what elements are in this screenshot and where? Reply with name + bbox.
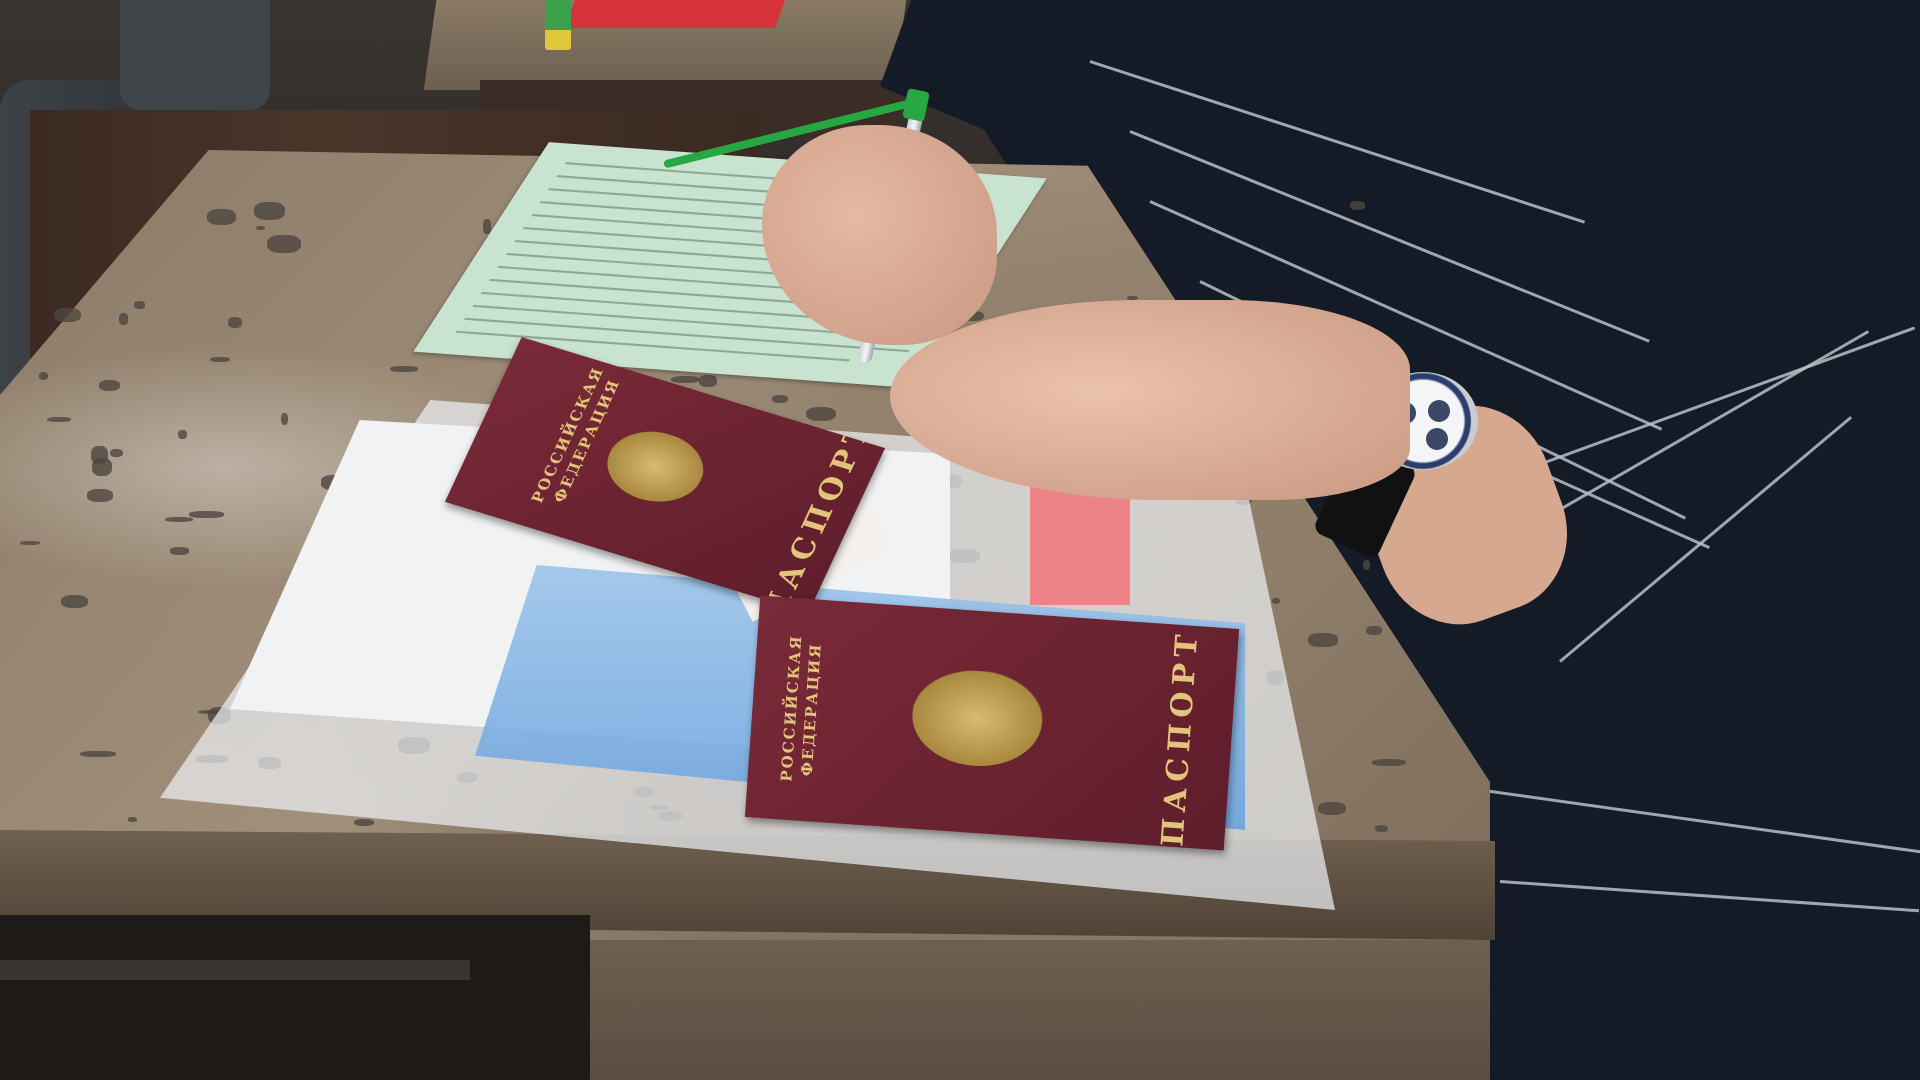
marble-speck xyxy=(99,380,120,391)
marble-speck xyxy=(210,357,230,362)
marble-speck xyxy=(54,308,81,322)
marble-speck xyxy=(178,430,187,440)
marble-speck xyxy=(281,413,288,425)
watch-subdial xyxy=(1426,428,1448,450)
drawer-slot xyxy=(0,960,470,980)
marble-speck xyxy=(1350,201,1365,209)
marble-speck xyxy=(170,547,189,554)
marble-speck xyxy=(20,541,40,545)
marble-speck xyxy=(772,395,788,402)
photo-scene: РОССИЙСКАЯ ФЕДЕРАЦИЯ ПАСПОРТ РОССИЙСКАЯ … xyxy=(0,0,1920,1080)
marble-speck xyxy=(806,407,836,422)
marble-speck xyxy=(1363,560,1370,569)
marble-speck xyxy=(61,595,88,609)
marble-speck xyxy=(134,301,144,310)
marble-speck xyxy=(91,446,107,464)
marble-speck xyxy=(87,489,113,502)
marble-speck xyxy=(1272,598,1281,604)
marble-speck xyxy=(47,417,71,422)
passport-closed: РОССИЙСКАЯ ФЕДЕРАЦИЯ ПАСПОРТ xyxy=(745,596,1239,851)
marble-speck xyxy=(128,817,136,822)
marble-speck xyxy=(80,751,116,757)
coat-of-arms-icon xyxy=(595,421,716,513)
marble-speck xyxy=(354,819,374,826)
marble-speck xyxy=(1318,802,1346,815)
marble-speck xyxy=(267,235,301,253)
marble-speck xyxy=(1372,759,1406,766)
marble-speck xyxy=(1308,633,1338,647)
watch-subdial xyxy=(1428,400,1450,422)
marble-speck xyxy=(189,511,224,518)
marble-speck xyxy=(110,449,123,457)
passport-country-text: РОССИЙСКАЯ ФЕДЕРАЦИЯ xyxy=(776,634,826,784)
office-chair-back xyxy=(120,0,270,110)
counter-base xyxy=(590,940,1490,1080)
marble-speck xyxy=(1366,626,1382,635)
glue-stick xyxy=(545,0,571,50)
marble-speck xyxy=(228,317,242,328)
passport-title-text: ПАСПОРТ xyxy=(1155,628,1205,848)
marble-speck xyxy=(699,375,717,386)
passport-country-text: РОССИЙСКАЯ ФЕДЕРАЦИЯ xyxy=(527,364,628,511)
marble-speck xyxy=(390,366,418,372)
red-folder xyxy=(565,0,785,28)
marble-speck xyxy=(119,313,128,325)
marble-speck xyxy=(207,209,235,225)
coat-of-arms-icon xyxy=(909,667,1045,771)
drawer-unit xyxy=(0,915,590,1080)
marble-speck xyxy=(1375,825,1388,831)
marble-speck xyxy=(254,202,285,220)
